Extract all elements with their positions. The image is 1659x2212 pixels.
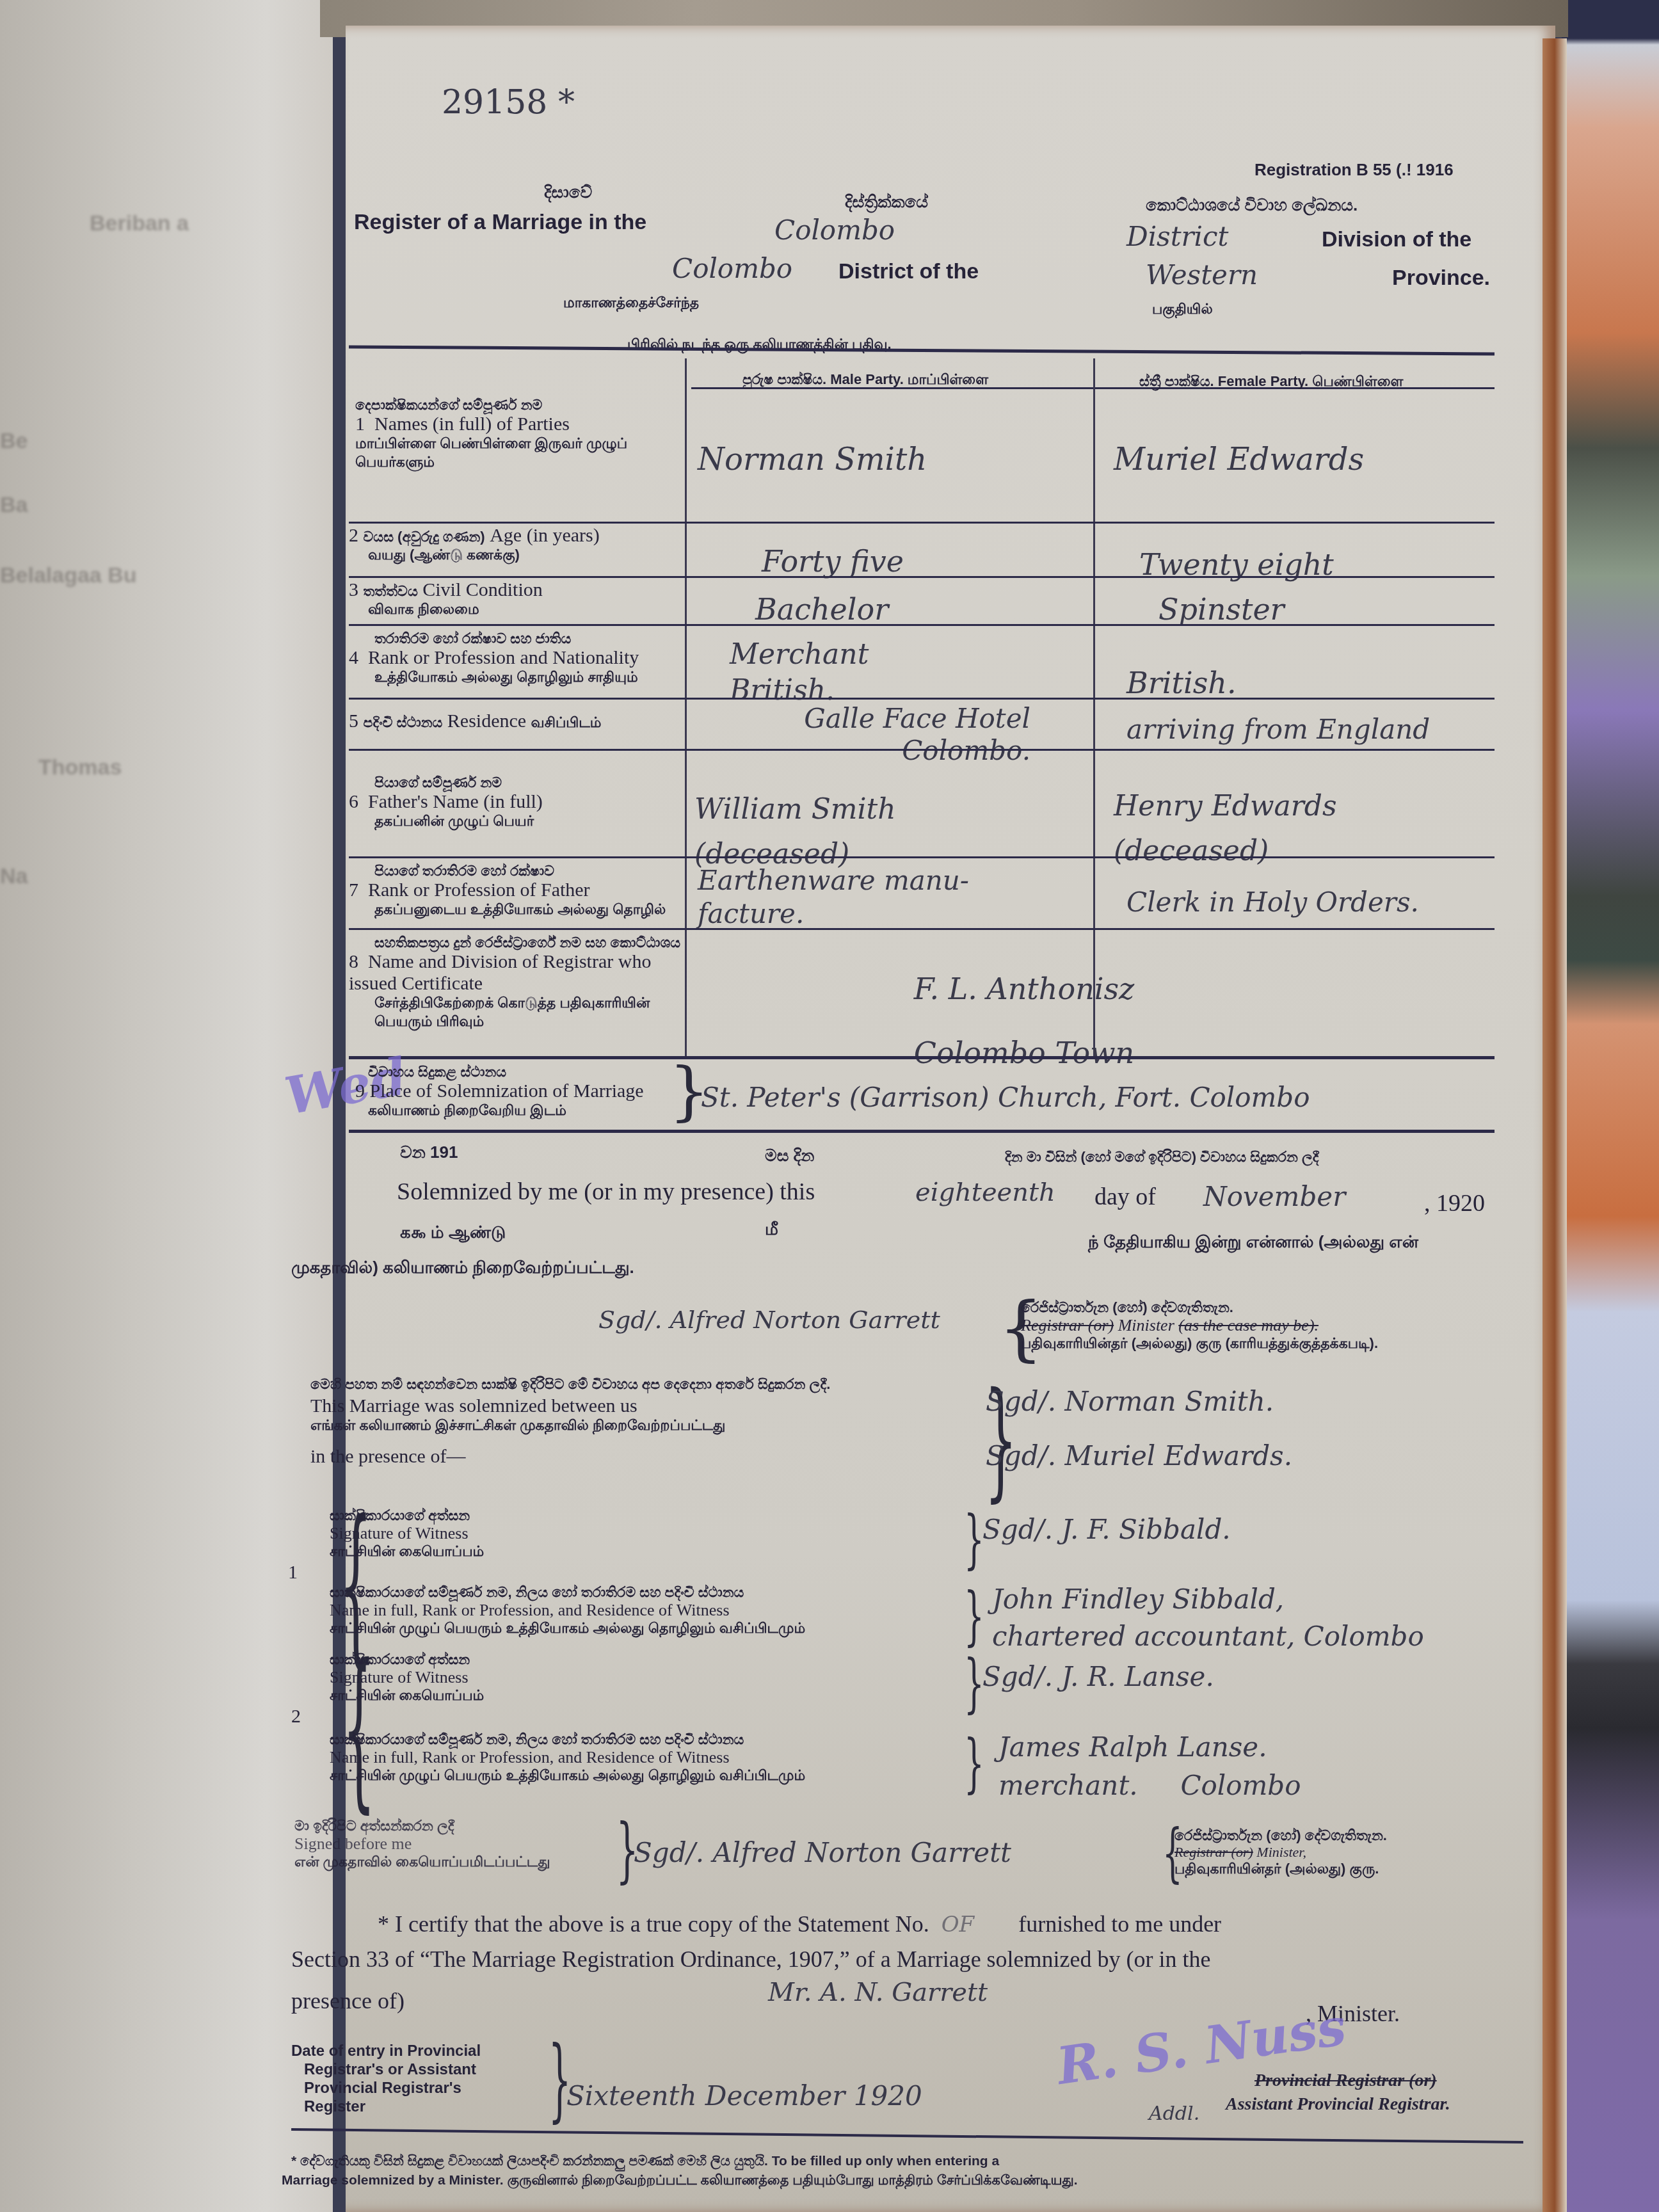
label-line: Register bbox=[291, 2097, 481, 2116]
witness-1-signature-label: සාක්ෂිකාරයාගේ අත්සන Signature of Witness… bbox=[330, 1507, 484, 1562]
row-label-si: දෙපාක්ෂිකයන්ගේ සම්පූර්ණ නම bbox=[355, 397, 682, 413]
left-page: Beriban a Be Ba Belalagaa Bu Thomas Na bbox=[0, 0, 333, 2212]
district-label: District of the bbox=[838, 259, 979, 284]
label-line: Provincial Registrar's bbox=[291, 2079, 481, 2097]
assistant-provincial-registrar: Assistant Provincial Registrar. bbox=[1226, 2094, 1450, 2115]
female-profession-nationality: British. bbox=[1126, 666, 1237, 700]
parties-statement: මෙහි පහත නම් සඳහන්වෙන සාක්ෂි ඉදිරිපිට මේ… bbox=[310, 1376, 950, 1468]
witness-2-number: 2 bbox=[291, 1706, 301, 1727]
label-si: සාක්ෂිකාරයාගේ සම්පූර්ණ නම, නිලය හෝ තරාති… bbox=[330, 1584, 805, 1601]
label-ta: சாட்சியின் முழுப் பெயரும் உத்தியோகம் அல்… bbox=[330, 1767, 805, 1786]
parties-ta: எங்கள் கலியாணம் இச்சாட்சிகள் முகதாவில் ந… bbox=[310, 1417, 950, 1436]
certify-text-suffix: furnished to me under bbox=[1018, 1911, 1221, 1937]
register-title: Register of a Marriage in the bbox=[354, 210, 646, 235]
role-registrar-struck: Registrar (or) bbox=[1021, 1316, 1114, 1334]
row-label-si: පියාගේ තරාතිරම හෝ රක්ෂාව bbox=[349, 863, 682, 879]
witness-1-name: John Findley Sibbald, chartered accounta… bbox=[992, 1581, 1424, 1655]
table-row-9-label: විවාහය සිදුකළ ස්ථානය 9 Place of Solemniz… bbox=[355, 1064, 675, 1121]
row-label-ta: தகப்பனுடைய உத்தியோகம் அல்லது தொழில் bbox=[349, 901, 682, 920]
ghost-text: Thomas bbox=[38, 755, 122, 780]
footnote-line-1: * දේවගැතියකු විසින් සිදුකළ විවාහයක් ලියා… bbox=[291, 2154, 1527, 2169]
signed-before-label: මා ඉදිරිපිට අත්සන්කරන ලදී Signed before … bbox=[294, 1818, 550, 1872]
parties-si: මෙහි පහත නම් සඳහන්වෙන සාක්ෂි ඉදිරිපිට මේ… bbox=[310, 1376, 925, 1393]
row-label-ta: உத்தியோகம் அல்லது தொழிலும் சாதியும் bbox=[349, 669, 682, 687]
division-label: Division of the bbox=[1322, 227, 1471, 252]
row-number: 5 bbox=[349, 710, 358, 732]
witness-1-name-label: සාක්ෂිකාරයාගේ සම්පූර්ණ නම, නිලය හෝ තරාති… bbox=[330, 1584, 805, 1639]
female-signature: Sgd/. Muriel Edwards. bbox=[986, 1440, 1292, 1471]
row-label-en: Civil Condition bbox=[422, 579, 543, 600]
ghost-text: Ba bbox=[0, 493, 28, 518]
brace: } bbox=[964, 1731, 984, 1795]
signed-before-signature: Sgd/. Alfred Norton Garrett bbox=[634, 1837, 1011, 1868]
role-minister: Minister, bbox=[1256, 1844, 1306, 1860]
brace: } bbox=[964, 1651, 984, 1715]
brace: } bbox=[964, 1584, 984, 1648]
row-label-ta: வயது (ஆண்டு கணக்கு) bbox=[349, 547, 682, 565]
female-residence: arriving from England bbox=[1126, 714, 1430, 745]
role-struck: Provincial Registrar (or) bbox=[1254, 2071, 1437, 2090]
male-signature: Sgd/. Norman Smith. bbox=[986, 1386, 1274, 1417]
ghost-text: Beriban a bbox=[90, 211, 189, 236]
solemn-month: November bbox=[1203, 1181, 1345, 1212]
row-label-si: තරාතිරම හෝ රක්ෂාව සහ ජාතිය bbox=[349, 630, 682, 647]
row-label-ta: கலியாணம் நிறைவேறிய இடம் bbox=[355, 1102, 675, 1121]
row-label-en: Place of Solemnization of Marriage bbox=[370, 1080, 644, 1102]
male-civil-condition: Bachelor bbox=[755, 592, 888, 627]
witness-1-number: 1 bbox=[288, 1562, 298, 1583]
row-label-ta: விவாக நிலைமை bbox=[349, 601, 682, 620]
addl-note: Addl. bbox=[1149, 2103, 1199, 2125]
province-handwritten: Western bbox=[1146, 259, 1258, 291]
certify-line-3: presence of) bbox=[291, 1987, 405, 2014]
signed-before-role: රෙජිස්ට්‍රාර්තැන (හෝ) දේවගැතිතැන. Regist… bbox=[1174, 1827, 1387, 1879]
row-label-en: Rank or Profession and Nationality bbox=[368, 647, 639, 668]
row-number: 6 bbox=[349, 791, 358, 812]
solemn-si-no: වන 191 bbox=[400, 1142, 458, 1163]
label-en: Signature of Witness bbox=[330, 1524, 484, 1543]
table-row-7-label: පියාගේ තරාතිරම හෝ රක්ෂාව 7 Rank or Profe… bbox=[349, 863, 682, 920]
row-label-en: Names (in full) of Parties bbox=[374, 413, 570, 435]
column-divider-label bbox=[685, 358, 687, 1056]
solemn-ta-3: ந் தேதியாகிய இன்று என்னால் (அல்லது என் bbox=[1088, 1232, 1418, 1254]
header-tamil-3: பிரிவில் நடந்த ஒரு கலியாணத்தின் பதிவு. bbox=[627, 336, 892, 355]
role-si: රෙජිස්ට්‍රාර්තැන (හෝ) දේවගැතිතැන. bbox=[1021, 1299, 1378, 1316]
row-label-en: Rank or Profession of Father bbox=[368, 879, 590, 901]
serial-number: 29158 * bbox=[442, 83, 575, 122]
label-ta: சாட்சியின் முழுப் பெயரும் உத்தியோகம் அல்… bbox=[330, 1620, 805, 1639]
solemn-ta-2: மீ bbox=[765, 1219, 778, 1241]
division-handwritten: District bbox=[1126, 221, 1228, 252]
label-si: සාක්ෂිකාරයාගේ අත්සන bbox=[330, 1507, 484, 1524]
role-ta: பதிவுகாரியின்தர் (அல்லது) குரு (காரியத்த… bbox=[1021, 1335, 1378, 1354]
row-number: 9 bbox=[355, 1080, 365, 1102]
table-row-6-label: පියාගේ සම්පූර්ණ නම 6 Father's Name (in f… bbox=[349, 774, 682, 831]
row-number: 1 bbox=[355, 413, 365, 435]
header-sinhala-2: දිස්ත්‍රික්කයේ bbox=[845, 192, 928, 212]
witness-1-signature: Sgd/. J. F. Sibbald. bbox=[982, 1514, 1231, 1545]
male-name: Norman Smith bbox=[698, 442, 927, 477]
label-si: සාක්ෂිකාරයාගේ අත්සන bbox=[330, 1651, 484, 1668]
label-en: Signature of Witness bbox=[330, 1668, 484, 1687]
row-label-si: තත්ත්වය bbox=[364, 583, 418, 599]
row-rule bbox=[349, 698, 1495, 700]
row-number: 3 bbox=[349, 579, 358, 600]
district2-handwritten: Colombo bbox=[672, 253, 792, 284]
minister-signature: Sgd/. Alfred Norton Garrett bbox=[598, 1306, 940, 1334]
label-line: Registrar's or Assistant bbox=[291, 2060, 481, 2079]
female-name: Muriel Edwards bbox=[1114, 442, 1364, 477]
statement-number: OF bbox=[942, 1912, 974, 1937]
label-ta: என் முகதாவில் கையொப்பமிடப்பட்டது bbox=[294, 1854, 550, 1872]
day-of-label: day of bbox=[1094, 1183, 1156, 1211]
solemn-si-right: දින මා විසින් (හෝ මගේ ඉදිරිපිට) විවාහය ස… bbox=[1005, 1149, 1319, 1166]
row-label-en: Residence bbox=[447, 710, 526, 732]
col-male-party: පුරුෂ පාක්ෂිය. Male Party. மாப்பிள்ளை bbox=[742, 371, 988, 390]
witness-2-name-label: සාක්ෂිකාරයාගේ සම්පූර්ණ නම, නිලය හෝ තරාති… bbox=[330, 1731, 805, 1786]
label-si: සාක්ෂිකාරයාගේ සම්පූර්ණ නම, නිලය හෝ තරාති… bbox=[330, 1731, 805, 1748]
certify-text: * I certify that the above is a true cop… bbox=[378, 1911, 929, 1937]
parties-en: This Marriage was solemnized between us bbox=[310, 1395, 950, 1417]
row-label-ta: சேர்த்திபிகேற்றைக் கொடுத்த பதிவுகாரியின்… bbox=[349, 995, 682, 1032]
table-row-8-label: සහතිකපත්‍රය දුන් රෙජිස්ට්‍රාර්ගේ නම සහ ක… bbox=[349, 934, 682, 1032]
female-father-profession: Clerk in Holy Orders. bbox=[1126, 886, 1419, 918]
row-number: 8 bbox=[349, 951, 358, 972]
role-registrar-struck: Registrar (or) bbox=[1174, 1844, 1253, 1860]
row-label-si: පියාගේ සම්පූර්ණ නම bbox=[349, 774, 682, 791]
header-tamil-2: பகுதியில் bbox=[1152, 301, 1213, 319]
table-row-4-label: තරාතිරම හෝ රක්ෂාව සහ ජාතිය 4 Rank or Pro… bbox=[349, 630, 682, 687]
table-row-2-label: 2 වයස (අවුරුදු ගණන) Age (in years) வயது … bbox=[349, 525, 682, 565]
row-rule-thick bbox=[349, 1130, 1495, 1133]
male-father-profession: Earthenware manu- facture. bbox=[698, 864, 969, 931]
male-age: Forty five bbox=[762, 544, 904, 579]
minister-role: රෙජිස්ට්‍රාර්තැන (හෝ) දේවගැතිතැන. Regist… bbox=[1021, 1299, 1378, 1354]
table-row-1-label: දෙපාක්ෂිකයන්ගේ සම්පූර්ණ නම 1 Names (in f… bbox=[355, 397, 682, 472]
row-rule bbox=[349, 856, 1495, 858]
label-en: Name in full, Rank or Profession, and Re… bbox=[330, 1601, 805, 1620]
row-rule bbox=[349, 522, 1495, 524]
role-si: රෙජිස්ට්‍රාර්තැන (හෝ) දේවගැතිතැන. bbox=[1174, 1827, 1387, 1844]
column-divider-parties bbox=[1093, 358, 1095, 1056]
solemn-ta-4: முகதாவில்) கலியாணம் நிறைவேற்றப்பட்டது. bbox=[291, 1258, 634, 1279]
row-label-en: Name and Division of Registrar who issue… bbox=[349, 951, 651, 994]
place-of-solemnization: St. Peter's (Garrison) Church, Fort. Col… bbox=[701, 1082, 1310, 1113]
role-ta: பதிவுகாரியின்தர் (அல்லது) குரு. bbox=[1174, 1861, 1387, 1879]
solemn-year: , 1920 bbox=[1424, 1189, 1485, 1217]
entry-date: Sixteenth December 1920 bbox=[566, 2080, 922, 2112]
witness-2-name: James Ralph Lanse. merchant. Colombo bbox=[998, 1728, 1301, 1805]
minister-name-handwritten: Mr. A. N. Garrett bbox=[768, 1978, 988, 2007]
witness-2-signature-label: සාක්ෂිකාරයාගේ අත්සන Signature of Witness… bbox=[330, 1651, 484, 1706]
row-label-si: සහතිකපත්‍රය දුන් රෙජිස්ට්‍රාර්ගේ නම සහ ක… bbox=[349, 934, 682, 951]
solemn-si-mid: මස දින bbox=[765, 1146, 814, 1166]
row-number: 7 bbox=[349, 879, 358, 901]
label-en: Signed before me bbox=[294, 1834, 550, 1854]
solemn-day: eighteenth bbox=[915, 1178, 1055, 1207]
row-rule bbox=[349, 928, 1495, 930]
ghost-text: Na bbox=[0, 864, 28, 889]
background-photo bbox=[1562, 0, 1659, 2212]
male-father-name: William Smith (deceased) bbox=[694, 787, 896, 877]
footnote-line-2: Marriage solemnized by a Minister. குருவ… bbox=[282, 2173, 1077, 2190]
label-ta: சாட்சியின் கையொப்பம் bbox=[330, 1543, 484, 1562]
male-residence: Galle Face Hotel Colombo. bbox=[698, 703, 1030, 767]
row-number: 4 bbox=[349, 647, 358, 668]
row-rule bbox=[349, 576, 1495, 578]
district-handwritten: Colombo bbox=[774, 214, 895, 246]
female-civil-condition: Spinster bbox=[1158, 592, 1285, 627]
page-edge bbox=[1543, 38, 1567, 2212]
ghost-text: Belalagaa Bu bbox=[0, 563, 137, 588]
label-en: Name in full, Rank or Profession, and Re… bbox=[330, 1748, 805, 1767]
label-line: Date of entry in Provincial bbox=[291, 2042, 481, 2060]
in-presence-of: in the presence of— bbox=[310, 1446, 950, 1468]
col-female-party: ස්ත්‍රී පාක්ෂිය. Female Party. பெண்பிள்ள… bbox=[1139, 373, 1403, 392]
provincial-registrar-struck: Provincial Registrar (or) bbox=[1254, 2071, 1437, 2091]
ghost-text: Be bbox=[0, 429, 28, 454]
certify-line-1: * I certify that the above is a true cop… bbox=[378, 1911, 1221, 1937]
role-case-struck: (as the case may be). bbox=[1178, 1316, 1318, 1334]
label-si: මා ඉදිරිපිට අත්සන්කරන ලදී bbox=[294, 1818, 550, 1834]
solemnized-by-text: Solemnized by me (or in my presence) thi… bbox=[397, 1178, 815, 1206]
province-label: Province. bbox=[1392, 266, 1490, 291]
row-label-en: Age (in years) bbox=[490, 525, 600, 546]
row-label-si: පදිංචි ස්ථානය bbox=[364, 714, 443, 730]
female-father-name: Henry Edwards (deceased) bbox=[1114, 784, 1337, 874]
row-label-si: විවාහය සිදුකළ ස්ථානය bbox=[355, 1064, 675, 1080]
table-row-5-label: 5 පදිංචි ස්ථානය Residence வசிப்பிடம் bbox=[349, 710, 682, 733]
label-ta: சாட்சியின் கையொப்பம் bbox=[330, 1687, 484, 1706]
row-rule-thick bbox=[349, 1056, 1495, 1059]
form-code: Registration B 55 (.! 1916 bbox=[1254, 160, 1454, 180]
row-rule bbox=[349, 624, 1495, 626]
registrar-name-division: F. L. Anthonisz Colombo Town bbox=[896, 957, 1152, 1085]
date-of-entry-label: Date of entry in Provincial Registrar's … bbox=[291, 2042, 481, 2116]
role-minister: Minister bbox=[1118, 1316, 1174, 1334]
header-tamil-1: மாகாணத்தைச்சேர்ந்த bbox=[563, 294, 699, 313]
header-sinhala-3: කොට්ඨාශයේ විවාහ ලේඛනය. bbox=[1146, 195, 1358, 216]
row-label-en: Father's Name (in full) bbox=[368, 791, 543, 812]
row-label-si: වයස (අවුරුදු ගණන) bbox=[364, 529, 485, 545]
header-sinhala-1: දිසාවේ bbox=[544, 182, 592, 203]
row-rule bbox=[349, 749, 1495, 751]
row-number: 2 bbox=[349, 525, 358, 546]
solemn-ta-1: க௯ ம் ஆண்டு bbox=[400, 1222, 506, 1244]
certify-line-2: Section 33 of “The Marriage Registration… bbox=[291, 1946, 1211, 1973]
row-label-ta: தகப்பனின் முழுப் பெயர் bbox=[349, 813, 682, 831]
row-label-ta: மாப்பிள்ளை பெண்பிள்ளை இருவர் முழுப் பெயர… bbox=[355, 435, 682, 472]
table-row-3-label: 3 තත්ත්වය Civil Condition விவாக நிலைமை bbox=[349, 579, 682, 620]
row-label-ta: வசிப்பிடம் bbox=[531, 714, 602, 730]
brace: } bbox=[964, 1507, 984, 1571]
witness-2-signature: Sgd/. J. R. Lanse. bbox=[982, 1661, 1214, 1692]
